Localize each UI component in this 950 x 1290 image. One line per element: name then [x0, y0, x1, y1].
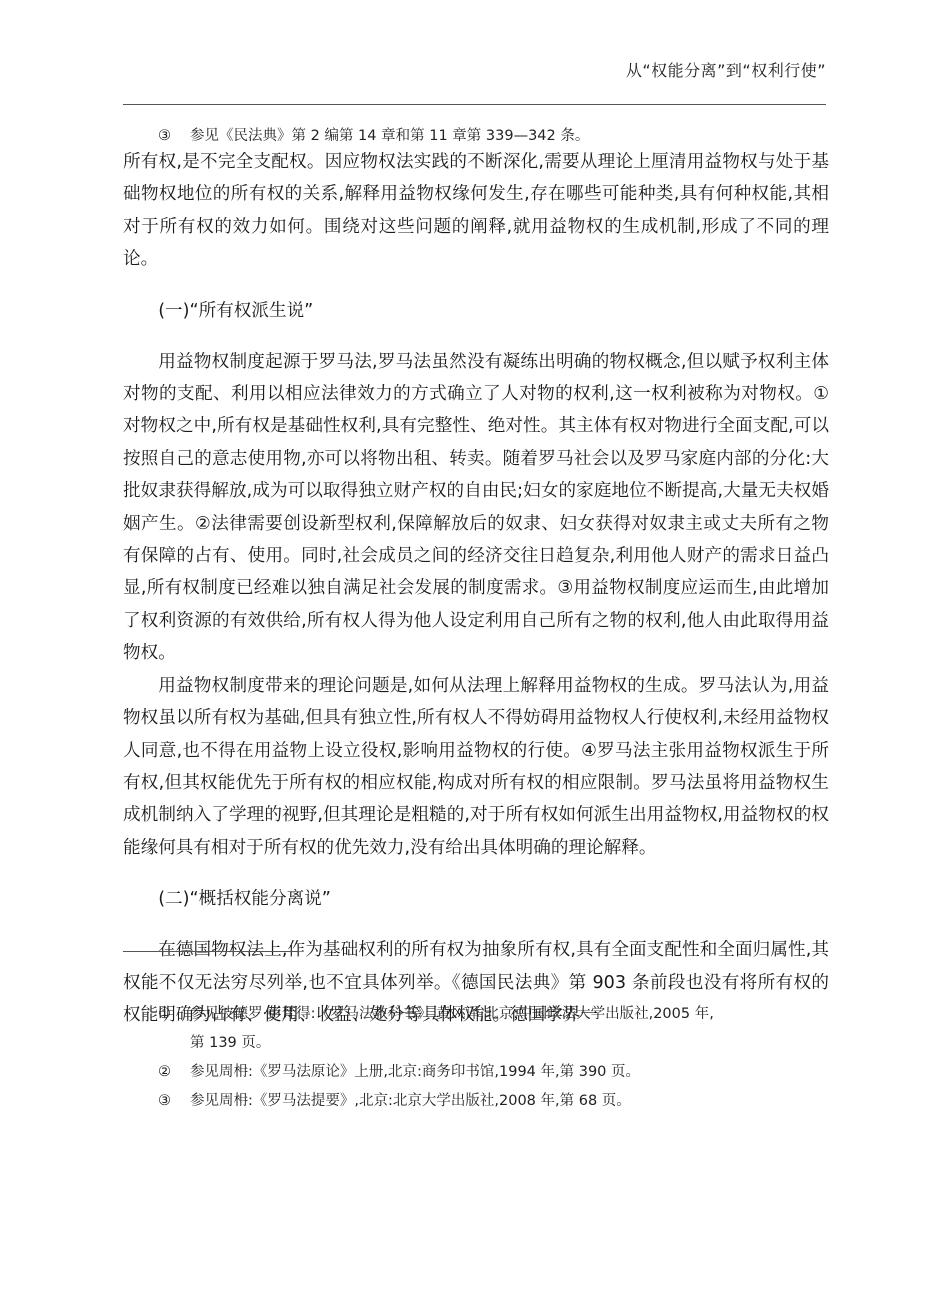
footnote-text: 参见周枏:《罗马法提要》,北京:北京大学出版社,2008 年,第 68 页。 — [190, 1087, 718, 1116]
footnote-mark: ③ — [158, 128, 190, 144]
footnote-text: 参见《民法典》第 2 编第 14 章和第 11 章第 339—342 条。 — [190, 128, 589, 144]
running-header: 从“权能分离”到“权利行使” — [626, 58, 826, 81]
footnote-mark: ① — [158, 1000, 190, 1058]
paragraph: 所有权,是不完全支配权。因应物权法实践的不断深化,需要从理论上厘清用益物权与处于… — [123, 146, 829, 276]
footnote: ③ 参见周枏:《罗马法提要》,北京:北京大学出版社,2008 年,第 68 页。 — [158, 1087, 718, 1116]
footnote: ② 参见周枏:《罗马法原论》上册,北京:商务印书馆,1994 年,第 390 页… — [158, 1058, 718, 1087]
footnotes: ① 参见彼德罗·彭梵得:《罗马法教科书》,黄风译,北京:中国政法大学出版社,20… — [158, 1000, 718, 1116]
footnote: ① 参见彼德罗·彭梵得:《罗马法教科书》,黄风译,北京:中国政法大学出版社,20… — [158, 1000, 718, 1058]
footnote-divider — [123, 951, 299, 952]
paragraph: 用益物权制度带来的理论问题是,如何从法理上解释用益物权的生成。罗马法认为,用益物… — [123, 670, 829, 864]
footnote-mark: ③ — [158, 1087, 190, 1116]
section-heading: (二)“概括权能分离说” — [123, 883, 829, 915]
footnote-mark: ② — [158, 1058, 190, 1087]
header-divider — [123, 104, 826, 105]
body-text: 所有权,是不完全支配权。因应物权法实践的不断深化,需要从理论上厘清用益物权与处于… — [123, 146, 829, 1031]
carryover-footnote: ③参见《民法典》第 2 编第 14 章和第 11 章第 339—342 条。 — [158, 124, 589, 145]
footnote-text: 参见周枏:《罗马法原论》上册,北京:商务印书馆,1994 年,第 390 页。 — [190, 1058, 718, 1087]
footnote-text: 参见彼德罗·彭梵得:《罗马法教科书》,黄风译,北京:中国政法大学出版社,2005… — [190, 1000, 718, 1058]
paragraph: 用益物权制度起源于罗马法,罗马法虽然没有凝练出明确的物权概念,但以赋予权利主体对… — [123, 346, 829, 670]
section-heading: (一)“所有权派生说” — [123, 295, 829, 327]
